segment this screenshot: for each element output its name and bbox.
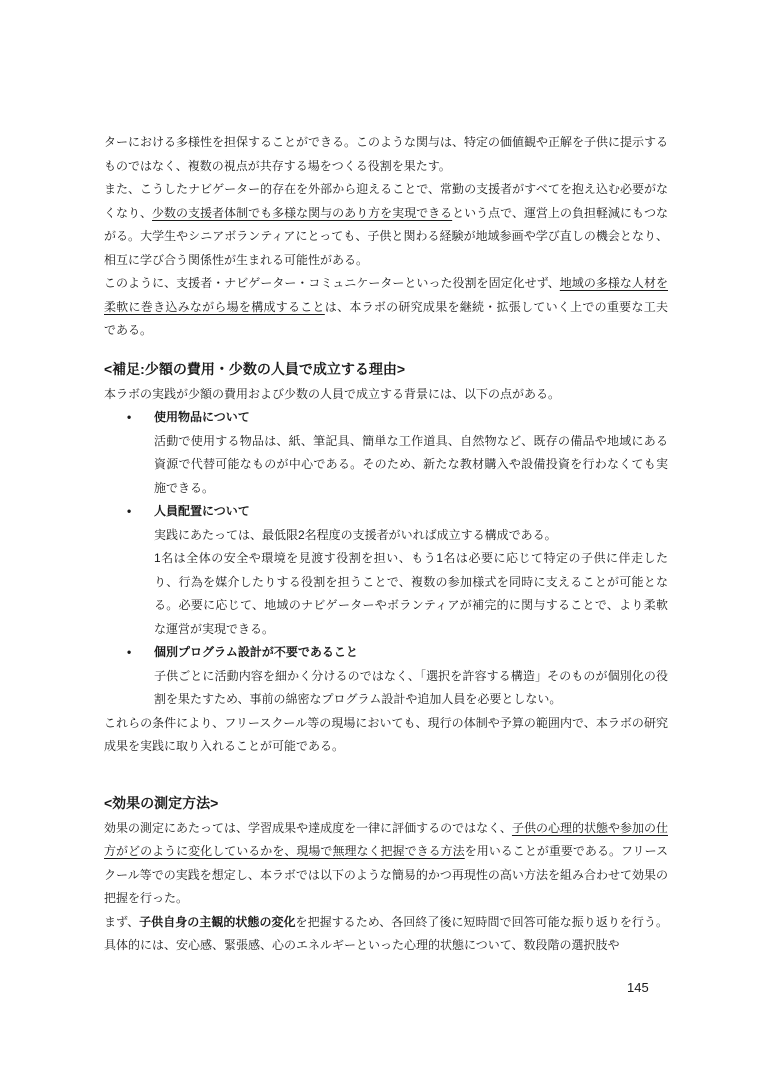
bullet-body: 実践にあたっては、最低限2名程度の支援者がいれば成立する構成である。1名は全体の…	[154, 524, 668, 642]
paragraph: 本ラボの実践が少額の費用および少数の人員で成立する背景には、以下の点がある。	[104, 383, 668, 407]
text-run: 活動で使用する物品は、紙、筆記具、簡単な工作道具、自然物など、既存の備品や地域に…	[154, 434, 668, 495]
bullet-title: 使用物品について	[154, 406, 668, 430]
bullet-item: •個別プログラム設計が不要であること子供ごとに活動内容を細かく分けるのではなく、…	[104, 641, 668, 712]
bullet-title: 人員配置について	[154, 500, 668, 524]
text-run: これらの条件により、フリースクール等の現場においても、現行の体制や予算の範囲内で…	[104, 716, 668, 754]
paragraph: ターにおける多様性を担保することができる。このような関与は、特定の価値観や正解を…	[104, 131, 668, 178]
document-page: ターにおける多様性を担保することができる。このような関与は、特定の価値観や正解を…	[0, 0, 768, 1087]
section-heading: <効果の測定方法>	[104, 791, 668, 815]
text-run: <効果の測定方法>	[104, 795, 218, 811]
underlined-text: 少数の支援者体制でも多様な関与のあり方を実現できる	[152, 206, 452, 220]
section-heading: <補足:少額の費用・少数の人員で成立する理由>	[104, 357, 668, 381]
emphasis-text: 子供自身の主観的状態の変化	[139, 915, 295, 929]
text-run: <補足:少額の費用・少数の人員で成立する理由>	[104, 361, 405, 377]
bullet-icon: •	[127, 500, 131, 524]
text-run: 効果の測定にあたっては、学習成果や達成度を一律に評価するのではなく、	[104, 821, 512, 835]
text-run: 実践にあたっては、最低限2名程度の支援者がいれば成立する構成である。	[154, 528, 557, 542]
bullet-body: 活動で使用する物品は、紙、筆記具、簡単な工作道具、自然物など、既存の備品や地域に…	[154, 430, 668, 501]
bullet-icon: •	[127, 641, 131, 665]
bullet-body: 子供ごとに活動内容を細かく分けるのではなく、「選択を許容する構造」そのものが個別…	[154, 665, 668, 712]
text-run: ターにおける多様性を担保することができる。このような関与は、特定の価値観や正解を…	[104, 135, 668, 173]
text-run: このように、支援者・ナビゲーター・コミュニケーターといった役割を固定化せず、	[104, 276, 560, 290]
text-run: 1名は全体の安全や環境を見渡す役割を担い、もう1名は必要に応じて特定の子供に伴走…	[154, 551, 668, 636]
text-run: 本ラボの実践が少額の費用および少数の人員で成立する背景には、以下の点がある。	[104, 387, 560, 401]
bullet-title: 個別プログラム設計が不要であること	[154, 641, 668, 665]
document-content: ターにおける多様性を担保することができる。このような関与は、特定の価値観や正解を…	[104, 131, 668, 958]
page-number: 145	[627, 979, 649, 997]
bullet-item: •使用物品について活動で使用する物品は、紙、筆記具、簡単な工作道具、自然物など、…	[104, 406, 668, 500]
paragraph: また、こうしたナビゲーター的存在を外部から迎えることで、常勤の支援者がすべてを抱…	[104, 178, 668, 272]
paragraph: これらの条件により、フリースクール等の現場においても、現行の体制や予算の範囲内で…	[104, 712, 668, 759]
bullet-item: •人員配置について実践にあたっては、最低限2名程度の支援者がいれば成立する構成で…	[104, 500, 668, 641]
paragraph: このように、支援者・ナビゲーター・コミュニケーターといった役割を固定化せず、地域…	[104, 272, 668, 343]
paragraph: 効果の測定にあたっては、学習成果や達成度を一律に評価するのではなく、子供の心理的…	[104, 817, 668, 911]
text-run: まず、	[104, 915, 139, 929]
paragraph: まず、子供自身の主観的状態の変化を把握するため、各回終了後に短時間で回答可能な振…	[104, 911, 668, 958]
text-run: 子供ごとに活動内容を細かく分けるのではなく、「選択を許容する構造」そのものが個別…	[154, 669, 668, 707]
bullet-icon: •	[127, 406, 131, 430]
